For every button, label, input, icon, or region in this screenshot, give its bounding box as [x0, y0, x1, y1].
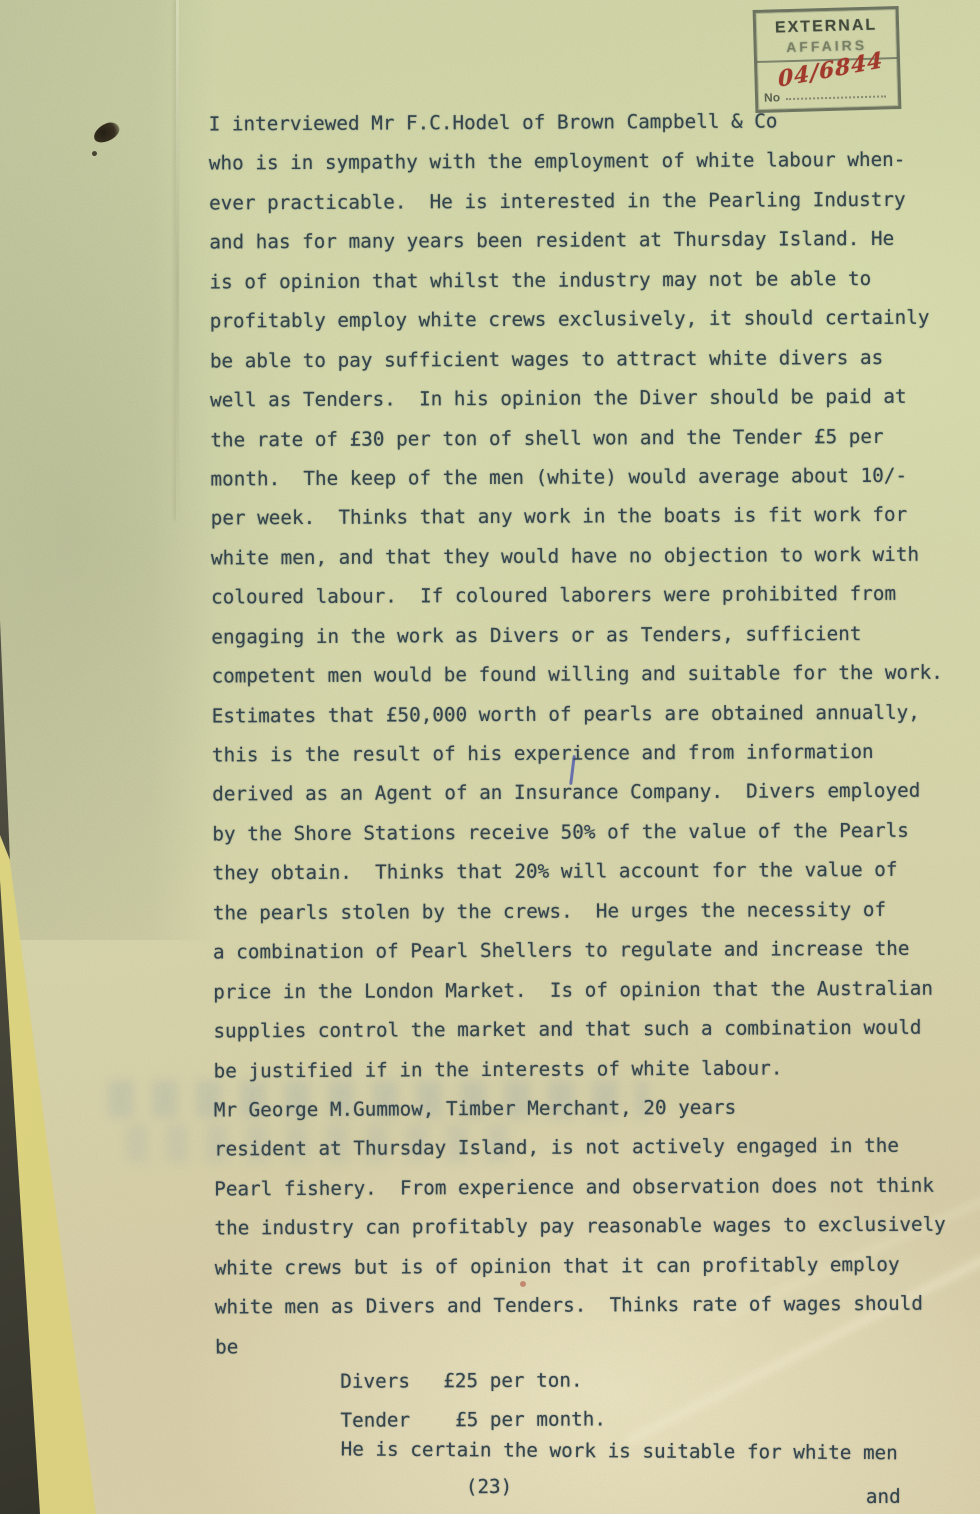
- wage-table-row: Tender £5 per month.: [340, 1400, 606, 1440]
- text-line: I interviewed Mr F.C.Hodel of Brown Camp…: [209, 100, 975, 143]
- document-page: EXTERNAL AFFAIRS 04/6844 No I interviewe…: [0, 0, 980, 1514]
- scanned-document-page: { "document": { "stamp": { "line1": "EXT…: [0, 0, 980, 1514]
- text-line: competent men would be found willing and…: [211, 653, 977, 696]
- text-line: a combination of Pearl Shellers to regul…: [213, 929, 979, 972]
- text-line: by the Shore Stations receive 50% of the…: [212, 810, 978, 853]
- wage-table-row: Divers £25 per ton.: [340, 1361, 606, 1401]
- wage-role: Tender: [340, 1401, 443, 1440]
- paragraph-gummow-interview: Mr George M.Gummow, Timber Merchant, 20 …: [214, 1086, 980, 1366]
- text-line: Estimates that £50,000 worth of pearls a…: [212, 692, 978, 735]
- text-line: and has for many years been resident at …: [209, 219, 975, 262]
- text-line: resident at Thursday Island, is not acti…: [214, 1126, 980, 1169]
- text-line: supplies control the market and that suc…: [213, 1008, 979, 1051]
- catchword: and: [866, 1485, 901, 1508]
- text-line: derived as an Agent of an Insurance Comp…: [212, 771, 978, 814]
- text-line: coloured labour. If coloured laborers we…: [211, 574, 977, 617]
- page-number: (23): [466, 1475, 513, 1498]
- text-line: they obtain. Thinks that 20% will accoun…: [212, 850, 978, 893]
- text-line: be: [215, 1323, 980, 1366]
- text-line: the rate of £30 per ton of shell won and…: [210, 416, 976, 459]
- text-line: month. The keep of the men (white) would…: [210, 455, 976, 498]
- text-line: be able to pay sufficient wages to attra…: [210, 337, 976, 380]
- text-line: per week. Thinks that any work in the bo…: [211, 495, 977, 538]
- text-line: the industry can profitably pay reasonab…: [214, 1205, 980, 1248]
- text-line: white men, and that they would have no o…: [211, 534, 977, 577]
- wage-role: Divers: [340, 1362, 443, 1401]
- text-line: price in the London Market. Is of opinio…: [213, 968, 979, 1011]
- text-line: be justified if in the interests of whit…: [214, 1047, 980, 1090]
- wage-rate-table: Divers £25 per ton. Tender £5 per month.: [340, 1361, 606, 1439]
- wage-rate: £5 per month.: [443, 1400, 606, 1439]
- wage-rate: £25 per ton.: [443, 1362, 583, 1401]
- text-line: this is the result of his experience and…: [212, 731, 978, 774]
- text-line: the pearls stolen by the crews. He urges…: [213, 889, 979, 932]
- typewritten-content: I interviewed Mr F.C.Hodel of Brown Camp…: [0, 0, 980, 1514]
- text-line: well as Tenders. In his opinion the Dive…: [210, 377, 976, 420]
- text-line: profitably employ white crews exclusivel…: [210, 298, 976, 341]
- text-block: I interviewed Mr F.C.Hodel of Brown Camp…: [209, 100, 980, 1366]
- continuation-line: He is certain the work is suitable for w…: [341, 1437, 898, 1464]
- text-line: Pearl fishery. From experience and obser…: [214, 1165, 980, 1208]
- text-line: who is in sympathy with the employment o…: [209, 140, 975, 183]
- text-line: ever practicable. He is interested in th…: [209, 179, 975, 222]
- text-line: is of opinion that whilst the industry m…: [209, 258, 975, 301]
- text-line: Mr George M.Gummow, Timber Merchant, 20 …: [214, 1086, 980, 1129]
- paragraph-hodel-interview: I interviewed Mr F.C.Hodel of Brown Camp…: [209, 100, 980, 1090]
- text-line: white crews but is of opinion that it ca…: [215, 1244, 980, 1287]
- text-line: engaging in the work as Divers or as Ten…: [211, 613, 977, 656]
- text-line: white men as Divers and Tenders. Thinks …: [215, 1284, 980, 1327]
